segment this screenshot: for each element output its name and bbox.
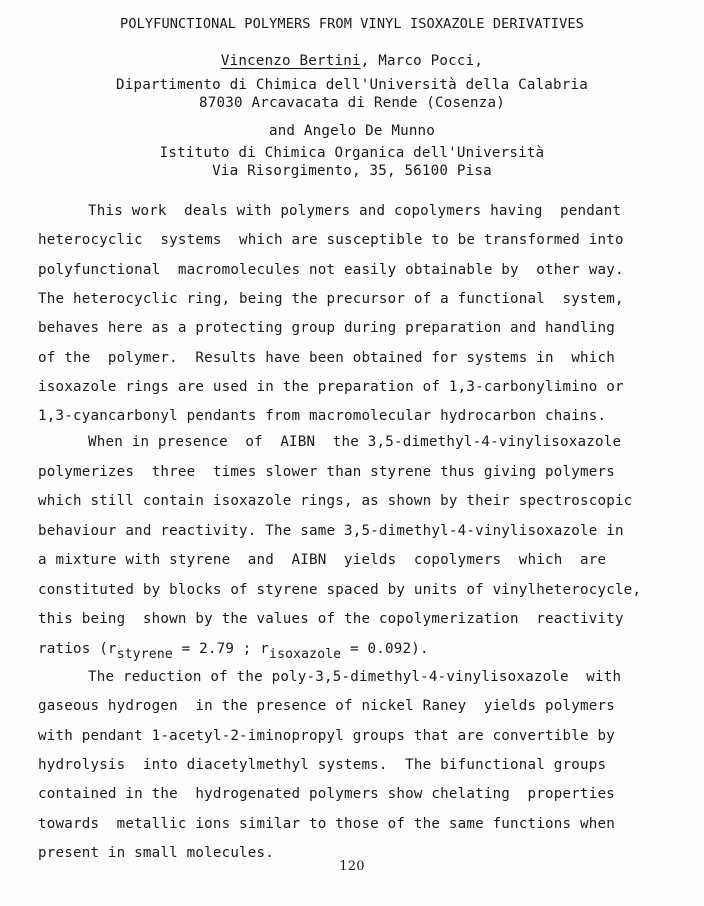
affiliation-2-line-2: Via Risorgimento, 35, 56100 Pisa [0, 163, 704, 179]
text-line: The reduction of the poly-3,5-dimethyl-4… [88, 669, 621, 685]
text-line: This work deals with polymers and copoly… [88, 203, 621, 219]
ratios-suffix: = 0.092). [341, 641, 428, 657]
text-line: of the polymer. Results have been obtain… [38, 350, 615, 366]
text-line: 1,3-cyancarbonyl pendants from macromole… [38, 408, 606, 424]
subscript-isoxazole: isoxazole [269, 647, 341, 662]
affiliation-1-line-1: Dipartimento di Chimica dell'Università … [0, 77, 704, 93]
affiliation-1-line-2: 87030 Arcavacata di Rende (Cosenza) [0, 95, 704, 111]
subscript-styrene: styrene [117, 647, 173, 662]
paper-title: POLYFUNCTIONAL POLYMERS FROM VINYL ISOXA… [0, 16, 704, 32]
text-line: a mixture with styrene and AIBN yields c… [38, 552, 606, 568]
author-line: Vincenzo Bertini, Marco Pocci, [0, 53, 704, 69]
text-line: behaviour and reactivity. The same 3,5-d… [38, 523, 624, 539]
text-line: polymerizes three times slower than styr… [38, 464, 615, 480]
reactivity-ratios-line: ratios (rstyrene = 2.79 ; risoxazole = 0… [38, 641, 429, 657]
coauthor-2: and Angelo De Munno [0, 123, 704, 139]
text-line: constituted by blocks of styrene spaced … [38, 582, 641, 598]
presenting-author: Vincenzo Bertini [221, 53, 361, 69]
text-line: this being shown by the values of the co… [38, 611, 624, 627]
text-line: contained in the hydrogenated polymers s… [38, 786, 615, 802]
document-page: POLYFUNCTIONAL POLYMERS FROM VINYL ISOXA… [0, 0, 704, 906]
coauthors: , Marco Pocci, [361, 53, 483, 69]
text-line: towards metallic ions similar to those o… [38, 816, 615, 832]
text-line: When in presence of AIBN the 3,5-dimethy… [88, 434, 621, 450]
ratios-prefix: ratios (r [38, 641, 117, 657]
text-line: heterocyclic systems which are susceptib… [38, 232, 624, 248]
text-line: The heterocyclic ring, being the precurs… [38, 291, 624, 307]
text-line: hydrolysis into diacetylmethyl systems. … [38, 757, 606, 773]
ratios-mid: = 2.79 ; r [173, 641, 269, 657]
text-line: which still contain isoxazole rings, as … [38, 493, 632, 509]
text-line: polyfunctional macromolecules not easily… [38, 262, 624, 278]
text-line: isoxazole rings are used in the preparat… [38, 379, 624, 395]
text-line: with pendant 1-acetyl-2-iminopropyl grou… [38, 728, 615, 744]
affiliation-2-line-1: Istituto di Chimica Organica dell'Univer… [0, 145, 704, 161]
text-line: gaseous hydrogen in the presence of nick… [38, 698, 615, 714]
page-number: 120 [0, 859, 704, 874]
text-line: behaves here as a protecting group durin… [38, 320, 615, 336]
